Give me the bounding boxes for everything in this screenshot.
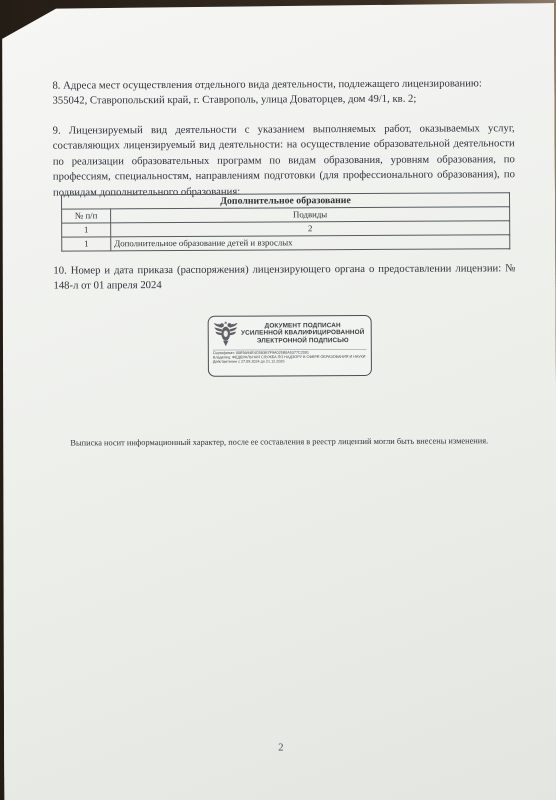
table-row: 1 Дополнительное образование детей и взр…: [62, 235, 510, 251]
informational-footnote: Выписка носит информационный характер, п…: [2, 436, 556, 448]
stamp-title-line3: ЭЛЕКТРОННОЙ ПОДПИСЬЮ: [239, 337, 367, 345]
col-number-header: № п/п: [62, 209, 111, 223]
row-value-cell: Дополнительное образование детей и взрос…: [111, 235, 510, 251]
section-8-address: 355042, Ставропольский край, г. Ставропо…: [52, 92, 514, 110]
stamp-details: Сертификат: 00E9A94E4C6B3B7F9A025B0A5377…: [213, 349, 367, 364]
row-number-cell: 1: [62, 237, 111, 251]
col1-index: 1: [62, 223, 111, 237]
page-number: 2: [4, 741, 556, 755]
section-10-order-info: 10. Номер и дата приказа (распоряжения) …: [53, 261, 515, 294]
additional-education-table-wrap: Дополнительное образование № п/п Подвиды…: [61, 192, 510, 251]
section-9-licensed-activity: 9. Лицензируемый вид деятельности с указ…: [53, 121, 515, 200]
section-8-addresses: 8. Адреса мест осуществления отдельного …: [52, 76, 514, 109]
photo-of-document: { "document": { "item8": { "line1": "8. …: [0, 0, 556, 800]
section-8-line1: 8. Адреса мест осуществления отдельного …: [52, 76, 514, 94]
state-emblem-icon: [213, 320, 239, 348]
document-page: 8. Адреса мест осуществления отдельного …: [0, 3, 556, 800]
additional-education-table: Дополнительное образование № п/п Подвиды…: [61, 192, 510, 251]
stamp-header: ДОКУМЕНТ ПОДПИСАН УСИЛЕННОЙ КВАЛИФИЦИРОВ…: [213, 319, 367, 348]
stamp-validity: Действителен с 27.09.2024 до 21.12.2025: [213, 359, 367, 364]
stamp-title: ДОКУМЕНТ ПОДПИСАН УСИЛЕННОЙ КВАЛИФИЦИРОВ…: [239, 322, 367, 345]
digital-signature-stamp: ДОКУМЕНТ ПОДПИСАН УСИЛЕННОЙ КВАЛИФИЦИРОВ…: [208, 315, 372, 376]
